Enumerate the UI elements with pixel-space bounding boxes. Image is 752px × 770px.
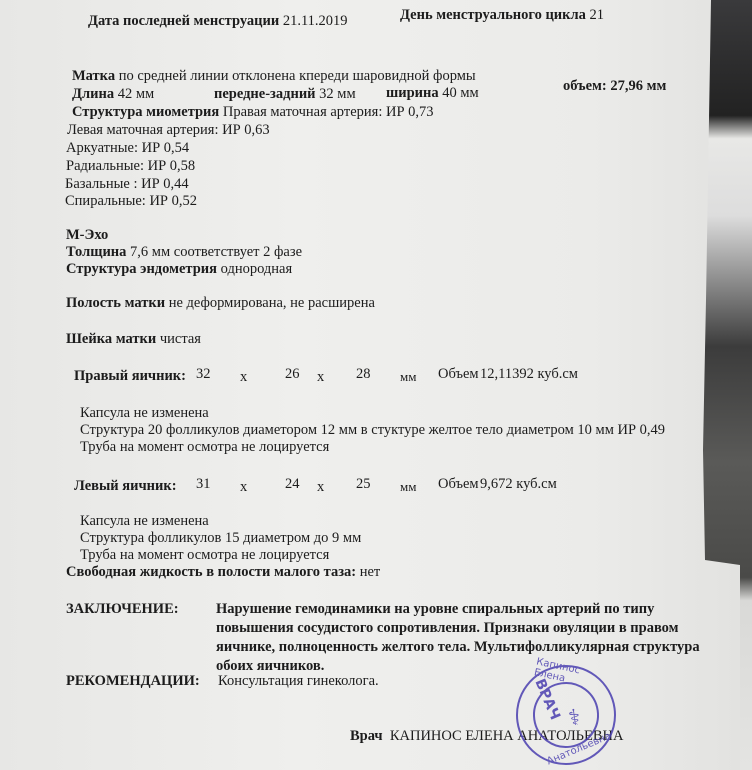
recommendations-value: Консультация гинеколога.	[218, 673, 379, 690]
left-ovary-d1: 31	[196, 476, 211, 493]
conclusion-line: яичнике, полноценность желтого тела. Мул…	[216, 638, 752, 657]
free-fluid-line: Свободная жидкость в полости малого таза…	[66, 564, 380, 581]
left-ovary-title: Левый яичник:	[74, 478, 177, 494]
left-ovary-tube: Труба на момент осмотра не лоцируется	[80, 547, 329, 564]
right-ovary-d2: 26	[285, 366, 300, 383]
m-echo-title: М-Эхо	[66, 227, 108, 244]
uterus-length: Длина 42 мм	[72, 86, 154, 103]
thickness-line: Толщина 7,6 мм соответствует 2 фазе	[66, 244, 302, 261]
free-fluid-label: Свободная жидкость в полости малого таза…	[66, 564, 356, 580]
conclusion-line: повышения сосудистого сопротивления. При…	[216, 619, 752, 638]
thickness-label: Толщина	[66, 244, 126, 260]
right-ovary-x1: x	[240, 369, 247, 386]
uterus-volume: объем: 27,96 мм	[563, 78, 666, 95]
conclusion-label: ЗАКЛЮЧЕНИЕ:	[66, 601, 179, 618]
uterus-ap: передне-задний 32 мм	[214, 86, 356, 103]
length-value: 42 мм	[118, 86, 154, 102]
volume-value: объем: 27,96 мм	[563, 78, 666, 94]
left-uterine-artery: Левая маточная артерия: ИР 0,63	[67, 122, 270, 139]
m-echo-label: М-Эхо	[66, 227, 108, 243]
endometrium-value: однородная	[221, 261, 293, 277]
lmp-value: 21.11.2019	[283, 13, 348, 29]
cervix-value: чистая	[160, 331, 201, 347]
right-ovary-x2: x	[317, 369, 324, 386]
myometrium-label: Структура миометрия	[72, 104, 219, 120]
doctor-label: Врач	[350, 728, 383, 744]
left-ovary-d2: 24	[285, 476, 300, 493]
arcuate-arteries: Аркуатные: ИР 0,54	[66, 140, 189, 157]
right-ovary-volume-label: Объем	[438, 366, 479, 383]
cycle-day-value: 21	[590, 7, 605, 23]
radial-arteries: Радиальные: ИР 0,58	[66, 158, 195, 175]
right-ovary-d1: 32	[196, 366, 211, 383]
right-ovary-d3: 28	[356, 366, 371, 383]
conclusion-line: Нарушение гемодинамики на уровне спираль…	[216, 600, 752, 619]
ultrasound-report-page: Дата последней менструации 21.11.2019 Де…	[0, 0, 740, 770]
lmp-line: Дата последней менструации 21.11.2019	[88, 13, 348, 30]
endometrium-label: Структура эндометрия	[66, 261, 217, 277]
conclusion-title: ЗАКЛЮЧЕНИЕ:	[66, 601, 179, 617]
right-ovary-title: Правый яичник:	[74, 368, 186, 384]
cavity-value: не деформирована, не расширена	[169, 295, 375, 311]
uterus-width: ширина 40 мм	[386, 85, 479, 102]
right-ovary-unit: мм	[400, 368, 416, 385]
ap-label: передне-задний	[214, 86, 316, 102]
uterus-label: Матка	[72, 68, 115, 84]
cavity-line: Полость матки не деформирована, не расши…	[66, 295, 375, 312]
lmp-label: Дата последней менструации	[88, 13, 279, 29]
conclusion-text: Нарушение гемодинамики на уровне спираль…	[216, 600, 752, 676]
left-ovary-d3: 25	[356, 476, 371, 493]
recommendations-label: РЕКОМЕНДАЦИИ:	[66, 673, 200, 690]
left-ovary-label: Левый яичник:	[74, 478, 177, 495]
length-label: Длина	[72, 86, 114, 102]
right-ovary-structure: Структура 20 фолликулов диаметором 12 мм…	[80, 422, 665, 439]
ap-value: 32 мм	[319, 86, 355, 102]
uterus-description: по средней линии отклонена кпереди шаров…	[119, 68, 476, 84]
right-ovary-volume-value: 12,11392 куб.см	[480, 366, 578, 383]
right-ovary-tube: Труба на момент осмотра не лоцируется	[80, 439, 329, 456]
free-fluid-value: нет	[360, 564, 381, 580]
left-ovary-x2: x	[317, 479, 324, 496]
left-ovary-unit: мм	[400, 478, 416, 495]
uterus-line: Матка по средней линии отклонена кпереди…	[72, 68, 476, 85]
right-uterine-artery: Правая маточная артерия: ИР 0,73	[223, 104, 434, 120]
width-value: 40 мм	[442, 85, 478, 101]
basal-arteries: Базальные : ИР 0,44	[65, 176, 189, 193]
thickness-value: 7,6 мм соответствует 2 фазе	[130, 244, 302, 260]
myometrium-line: Структура миометрия Правая маточная арте…	[72, 104, 434, 121]
left-ovary-structure: Структура фолликулов 15 диаметром до 9 м…	[80, 530, 361, 547]
left-ovary-x1: x	[240, 479, 247, 496]
right-ovary-capsule: Капсула не изменена	[80, 405, 209, 422]
cycle-day-line: День менструального цикла 21	[400, 7, 604, 24]
cervix-line: Шейка матки чистая	[66, 331, 201, 348]
cavity-label: Полость матки	[66, 295, 165, 311]
left-ovary-volume-value: 9,672 куб.см	[480, 476, 557, 493]
width-label: ширина	[386, 85, 439, 101]
cycle-day-label: День менструального цикла	[400, 7, 586, 23]
spiral-arteries: Спиральные: ИР 0,52	[65, 193, 197, 210]
recommendations-title: РЕКОМЕНДАЦИИ:	[66, 673, 200, 689]
right-ovary-label: Правый яичник:	[74, 368, 186, 385]
cervix-label: Шейка матки	[66, 331, 156, 347]
endometrium-line: Структура эндометрия однородная	[66, 261, 292, 278]
left-ovary-volume-label: Объем	[438, 476, 479, 493]
left-ovary-capsule: Капсула не изменена	[80, 513, 209, 530]
